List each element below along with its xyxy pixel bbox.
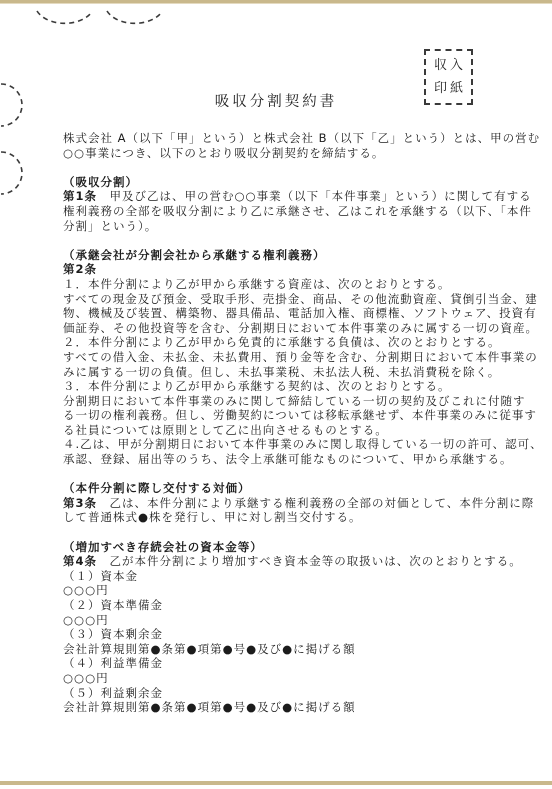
article-number: 第3条 — [63, 496, 97, 510]
text-line: 物、機械及び装置、構築物、器具備品、電話加入権、商標権、ソフトウェア、投資有 — [63, 306, 503, 321]
text-line: ○○○円 — [63, 583, 503, 598]
text-line: 権利義務の全部を吸収分割により乙に承継させ、乙はこれを承継する（以下、「本件 — [63, 204, 503, 219]
article-line: 第1条 甲及び乙は、甲の営む○○事業（以下「本件事業」という）に関して有する — [63, 189, 503, 204]
punch-hole-arc-top-left-icon — [37, 11, 91, 23]
blank-line — [63, 467, 503, 482]
text-line: すべての現金及び預金、受取手形、売掛金、商品、その他流動資産、貸倒引当金、建 — [63, 292, 503, 307]
text-line: ３．本件分割により乙が甲から承継する契約は、次のとおりとする。 — [63, 379, 503, 394]
text-line: ○○○円 — [63, 671, 503, 686]
text-line: 価証券、その他投資等を含む、分割期日において本件事業のみに属する一切の資産。 — [63, 321, 503, 336]
text-line: 分割」という）。 — [63, 219, 503, 234]
text-line: 承認、登録、届出等のうち、法令上承継可能なものについて、甲から承継する。 — [63, 452, 503, 467]
text-line: 会社計算規則第●条第●項第●号●及び●に掲げる額 — [63, 642, 503, 657]
text-line: 分割期日において本件事業のみに関して締結している一切の契約及びこれに付随す — [63, 394, 503, 409]
section-heading: （本件分割に際し交付する対価） — [63, 481, 503, 496]
text-line: １．本件分割により乙が甲から承継する資産は、次のとおりとする。 — [63, 277, 503, 292]
page-top-edge — [0, 0, 552, 4]
article-number: 第4条 — [63, 554, 97, 568]
text-line: 会社計算規則第●条第●項第●号●及び●に掲げる額 — [63, 700, 503, 715]
article-number: 第2条 — [63, 262, 97, 276]
article-number: 第1条 — [63, 189, 97, 203]
text-line: ○○事業につき、以下のとおり吸収分割契約を締結する。 — [63, 146, 503, 161]
document-body: 株式会社 A（以下「甲」という）と株式会社 B（以下「乙」という）とは、甲の営む… — [63, 131, 503, 715]
punch-hole-arc-top-right-icon — [107, 11, 161, 23]
blank-line — [63, 160, 503, 175]
text-line: （２）資本準備金 — [63, 598, 503, 613]
text-line: （４）利益準備金 — [63, 656, 503, 671]
punch-hole-arc-left-lower-icon — [1, 152, 22, 194]
text-line: ２．本件分割により乙が甲から免責的に承継する負債は、次のとおりとする。 — [63, 335, 503, 350]
text-line: 株式会社 A（以下「甲」という）と株式会社 B（以下「乙」という）とは、甲の営む — [63, 131, 503, 146]
article-line: 第4条 乙が本件分割により増加すべき資本金等の取扱いは、次のとおりとする。 — [63, 554, 503, 569]
text-line: （３）資本剰余金 — [63, 627, 503, 642]
page-bottom-edge — [0, 781, 552, 785]
section-heading: （承継会社が分割会社から承継する権利義務） — [63, 248, 503, 263]
contract-document-page: 収入 印紙 吸収分割契約書 株式会社 A（以下「甲」という）と株式会社 B（以下… — [0, 0, 552, 789]
stamp-label-line1: 収入 — [431, 54, 466, 77]
article-line: 第2条 — [63, 262, 503, 277]
article-line: 第3条 乙は、本件分割により承継する権利義務の全部の対価として、本件分割に際 — [63, 496, 503, 511]
text-line: る一切の権利義務。但し、労働契約については移転承継せず、本件事業のみに従事す — [63, 408, 503, 423]
document-title: 吸収分割契約書 — [0, 90, 552, 111]
text-line: ４.乙は、甲が分割期日において本件事業のみに関し取得している一切の許可、認可、 — [63, 437, 503, 452]
text-line: る社員については原則として乙に出向させるものとする。 — [63, 423, 503, 438]
text-line: ○○○円 — [63, 613, 503, 628]
text-line: すべての借入金、未払金、未払費用、預り金等を含む、分割期日において本件事業の — [63, 350, 503, 365]
blank-line — [63, 233, 503, 248]
section-heading: （増加すべき存続会社の資本金等） — [63, 540, 503, 555]
text-line: みに属する一切の負債。但し、未払事業税、未払法人税、未払消費税を除く。 — [63, 365, 503, 380]
text-line: （５）利益剰余金 — [63, 686, 503, 701]
text-line: して普通株式●株を発行し、甲に対し割当交付する。 — [63, 510, 503, 525]
section-heading: （吸収分割） — [63, 175, 503, 190]
text-line: （１）資本金 — [63, 569, 503, 584]
blank-line — [63, 525, 503, 540]
